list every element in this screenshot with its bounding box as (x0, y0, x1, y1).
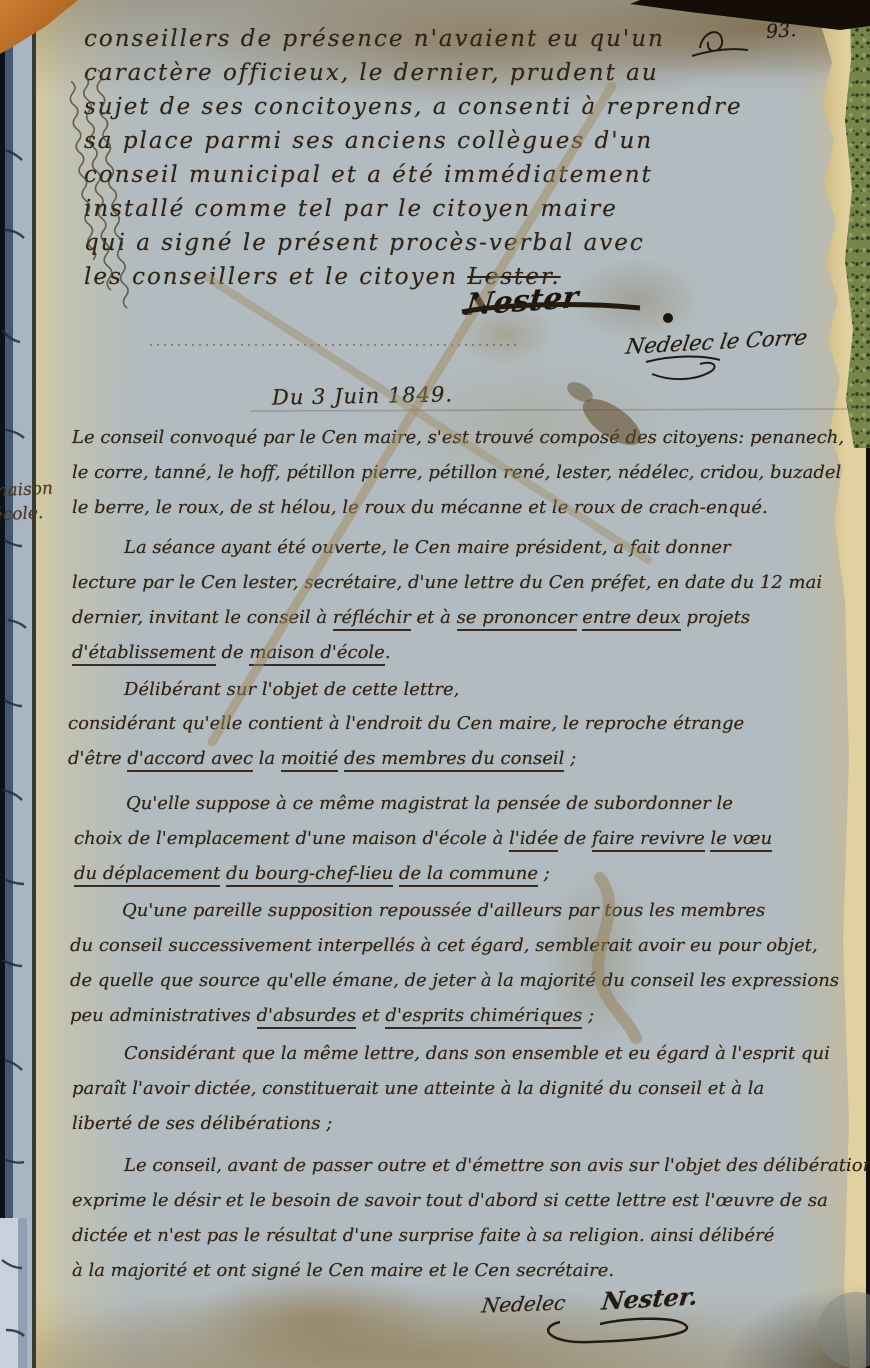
handwritten-line: sa place parmi ses anciens collègues d'u… (84, 124, 743, 158)
margin-note-line1: maison (0, 476, 54, 503)
handwritten-line: le corre, tanné, le hoff, pétillon pierr… (72, 455, 844, 490)
handwritten-text: le vœu (710, 828, 772, 852)
handwritten-text: projets (681, 607, 750, 628)
handwritten-text: Qu'elle suppose à ce même magistrat la p… (126, 793, 733, 814)
handwritten-line: d'établissement de maison d'école. (72, 635, 822, 670)
handwritten-text: réfléchir (333, 607, 411, 631)
handwritten-line: caractère officieux, le dernier, prudent… (84, 56, 743, 90)
handwritten-text: d'esprits chimériques (385, 1005, 582, 1029)
date-heading: Du 3 Juin 1849. (272, 382, 453, 409)
handwritten-text: de la commune (399, 863, 538, 887)
handwritten-text: le corre, tanné, le hoff, pétillon pierr… (72, 462, 841, 483)
handwritten-line: Considérant que la même lettre, dans son… (72, 1036, 830, 1071)
handwritten-line: qui a signé le présent procès-verbal ave… (84, 226, 743, 260)
handwritten-text: dernier, invitant le conseil à (72, 607, 333, 628)
handwritten-text: à la majorité et ont signé le Cen maire … (72, 1260, 614, 1281)
handwritten-line: conseillers de présence n'avaient eu qu'… (84, 22, 743, 56)
margin-note: maison école. (0, 476, 55, 527)
handwritten-text: faire revivre (592, 828, 705, 852)
handwritten-text: paraît l'avoir dictée, constituerait une… (72, 1078, 764, 1099)
handwritten-text: La séance ayant été ouverte, le Cen mair… (124, 537, 731, 558)
paragraph-supposition-magistrat: Qu'elle suppose à ce même magistrat la p… (74, 786, 772, 891)
handwritten-text: qui a signé le présent procès-verbal ave… (84, 230, 645, 256)
handwritten-line: Délibérant sur l'objet de cette lettre, (72, 672, 459, 707)
handwritten-text: choix de l'emplacement d'une maison d'éc… (74, 828, 509, 849)
handwritten-text: dictée et n'est pas le résultat d'une su… (72, 1225, 774, 1246)
signature-bottom-primary: Nedelec (480, 1290, 567, 1317)
handwritten-text: sujet de ses concitoyens, a consenti à r… (84, 94, 743, 120)
handwritten-line: considérant qu'elle contient à l'endroit… (68, 706, 744, 741)
handwritten-text: maison d'école (249, 642, 384, 666)
handwritten-line: Qu'elle suppose à ce même magistrat la p… (74, 786, 772, 821)
handwritten-line: choix de l'emplacement d'une maison d'éc… (74, 821, 772, 856)
handwritten-line: installé comme tel par le citoyen maire (84, 192, 743, 226)
handwritten-text: et (356, 1005, 385, 1026)
handwritten-text: ; (564, 748, 576, 769)
manuscript-photo: conseillers de présence n'avaient eu qu'… (0, 0, 870, 1368)
paragraph-considerant-reproche: considérant qu'elle contient à l'endroit… (68, 706, 744, 776)
handwritten-line: peu administratives d'absurdes et d'espr… (70, 998, 839, 1033)
paragraph-deliberant: Délibérant sur l'objet de cette lettre, (72, 672, 459, 707)
handwritten-line: Le conseil convoqué par le Cen maire, s'… (72, 420, 844, 455)
handwritten-line: les conseillers et le citoyen Lester. (84, 260, 743, 294)
handwritten-line: Le conseil, avant de passer outre et d'é… (72, 1148, 870, 1183)
handwritten-text: d'établissement (72, 642, 216, 666)
paragraph-seance-ouverte: La séance ayant été ouverte, le Cen mair… (72, 530, 822, 670)
handwritten-text: se prononcer (457, 607, 577, 631)
handwritten-text: . (385, 642, 391, 663)
handwritten-text: liberté de ses délibérations ; (72, 1113, 332, 1134)
paragraph-roll-call: Le conseil convoqué par le Cen maire, s'… (72, 420, 844, 525)
handwritten-text: lecture par le Cen lester, secrétaire, d… (72, 572, 822, 593)
handwritten-line: le berre, le roux, de st hélou, le roux … (72, 490, 844, 525)
handwritten-text: les conseillers et le citoyen (84, 264, 467, 290)
handwritten-line: du déplacement du bourg-chef-lieu de la … (74, 856, 772, 891)
handwritten-text: exprime le désir et le besoin de savoir … (72, 1190, 828, 1211)
handwritten-text: d'être (68, 748, 127, 769)
handwritten-text: Le conseil convoqué par le Cen maire, s'… (72, 427, 844, 448)
handwritten-text: du déplacement (74, 863, 220, 887)
handwritten-text: l'idée (509, 828, 558, 852)
handwritten-text: Qu'une pareille supposition repoussée d'… (122, 900, 765, 921)
paragraph-conclusion: Le conseil, avant de passer outre et d'é… (72, 1148, 870, 1288)
handwritten-text: du bourg-chef-lieu (226, 863, 393, 887)
handwritten-text: Considérant que la même lettre, dans son… (124, 1043, 830, 1064)
handwritten-text: du conseil successivement interpellés à … (70, 935, 818, 956)
handwritten-text: caractère officieux, le dernier, prudent… (84, 60, 659, 86)
handwritten-text: sa place parmi ses anciens collègues d'u… (84, 128, 653, 154)
bottom-corner-shade (720, 1283, 870, 1368)
facing-page-edge (0, 0, 40, 1368)
handwritten-text: conseil municipal et a été immédiatement (84, 162, 653, 188)
page-number: 93. (765, 19, 797, 43)
handwritten-line: dernier, invitant le conseil à réfléchir… (72, 600, 822, 635)
handwritten-text: considérant qu'elle contient à l'endroit… (68, 713, 744, 734)
handwritten-line: de quelle que source qu'elle émane, de j… (70, 963, 839, 998)
handwritten-line: à la majorité et ont signé le Cen maire … (72, 1253, 870, 1288)
handwritten-text: conseillers de présence n'avaient eu qu'… (84, 26, 665, 52)
handwritten-line: lecture par le Cen lester, secrétaire, d… (72, 565, 822, 600)
handwritten-text: Le conseil, avant de passer outre et d'é… (124, 1155, 870, 1176)
handwritten-text: et à (411, 607, 457, 628)
handwritten-line: Qu'une pareille supposition repoussée d'… (70, 893, 839, 928)
crossed-out-paragraph: conseillers de présence n'avaient eu qu'… (84, 22, 743, 294)
handwritten-text: moitié (281, 748, 338, 772)
handwritten-line: conseil municipal et a été immédiatement (84, 158, 743, 192)
handwritten-line: sujet de ses concitoyens, a consenti à r… (84, 90, 743, 124)
handwritten-text: ; (582, 1005, 594, 1026)
handwritten-line: La séance ayant été ouverte, le Cen mair… (72, 530, 822, 565)
handwritten-text: de (558, 828, 592, 849)
handwritten-text: de (216, 642, 250, 663)
handwritten-text: des membres du conseil (344, 748, 564, 772)
handwritten-text: d'accord avec (127, 748, 253, 772)
handwritten-line: dictée et n'est pas le résultat d'une su… (72, 1218, 870, 1253)
handwritten-text: d'absurdes (257, 1005, 357, 1029)
handwritten-text: le berre, le roux, de st hélou, le roux … (72, 497, 768, 518)
handwritten-line: liberté de ses délibérations ; (72, 1106, 830, 1141)
handwritten-line: exprime le désir et le besoin de savoir … (72, 1183, 870, 1218)
handwritten-text: Délibérant sur l'objet de cette lettre, (124, 679, 459, 700)
handwritten-text: la (253, 748, 281, 769)
handwritten-text: installé comme tel par le citoyen maire (84, 196, 618, 222)
handwritten-text: peu administratives (70, 1005, 257, 1026)
handwritten-text: ; (538, 863, 550, 884)
handwritten-line: d'être d'accord avec la moitié des membr… (68, 741, 744, 776)
paragraph-supposition-repoussee: Qu'une pareille supposition repoussée d'… (70, 893, 839, 1033)
handwritten-line: du conseil successivement interpellés à … (70, 928, 839, 963)
paragraph-atteinte-dignite: Considérant que la même lettre, dans son… (72, 1036, 830, 1141)
handwritten-text: de quelle que source qu'elle émane, de j… (70, 970, 839, 991)
handwritten-line: paraît l'avoir dictée, constituerait une… (72, 1071, 830, 1106)
facing-page-lower-leaf (0, 1218, 34, 1368)
handwritten-text: entre deux (582, 607, 680, 631)
signature-bottom-secondary: Nester. (600, 1281, 699, 1315)
margin-note-line2: école. (0, 500, 55, 527)
